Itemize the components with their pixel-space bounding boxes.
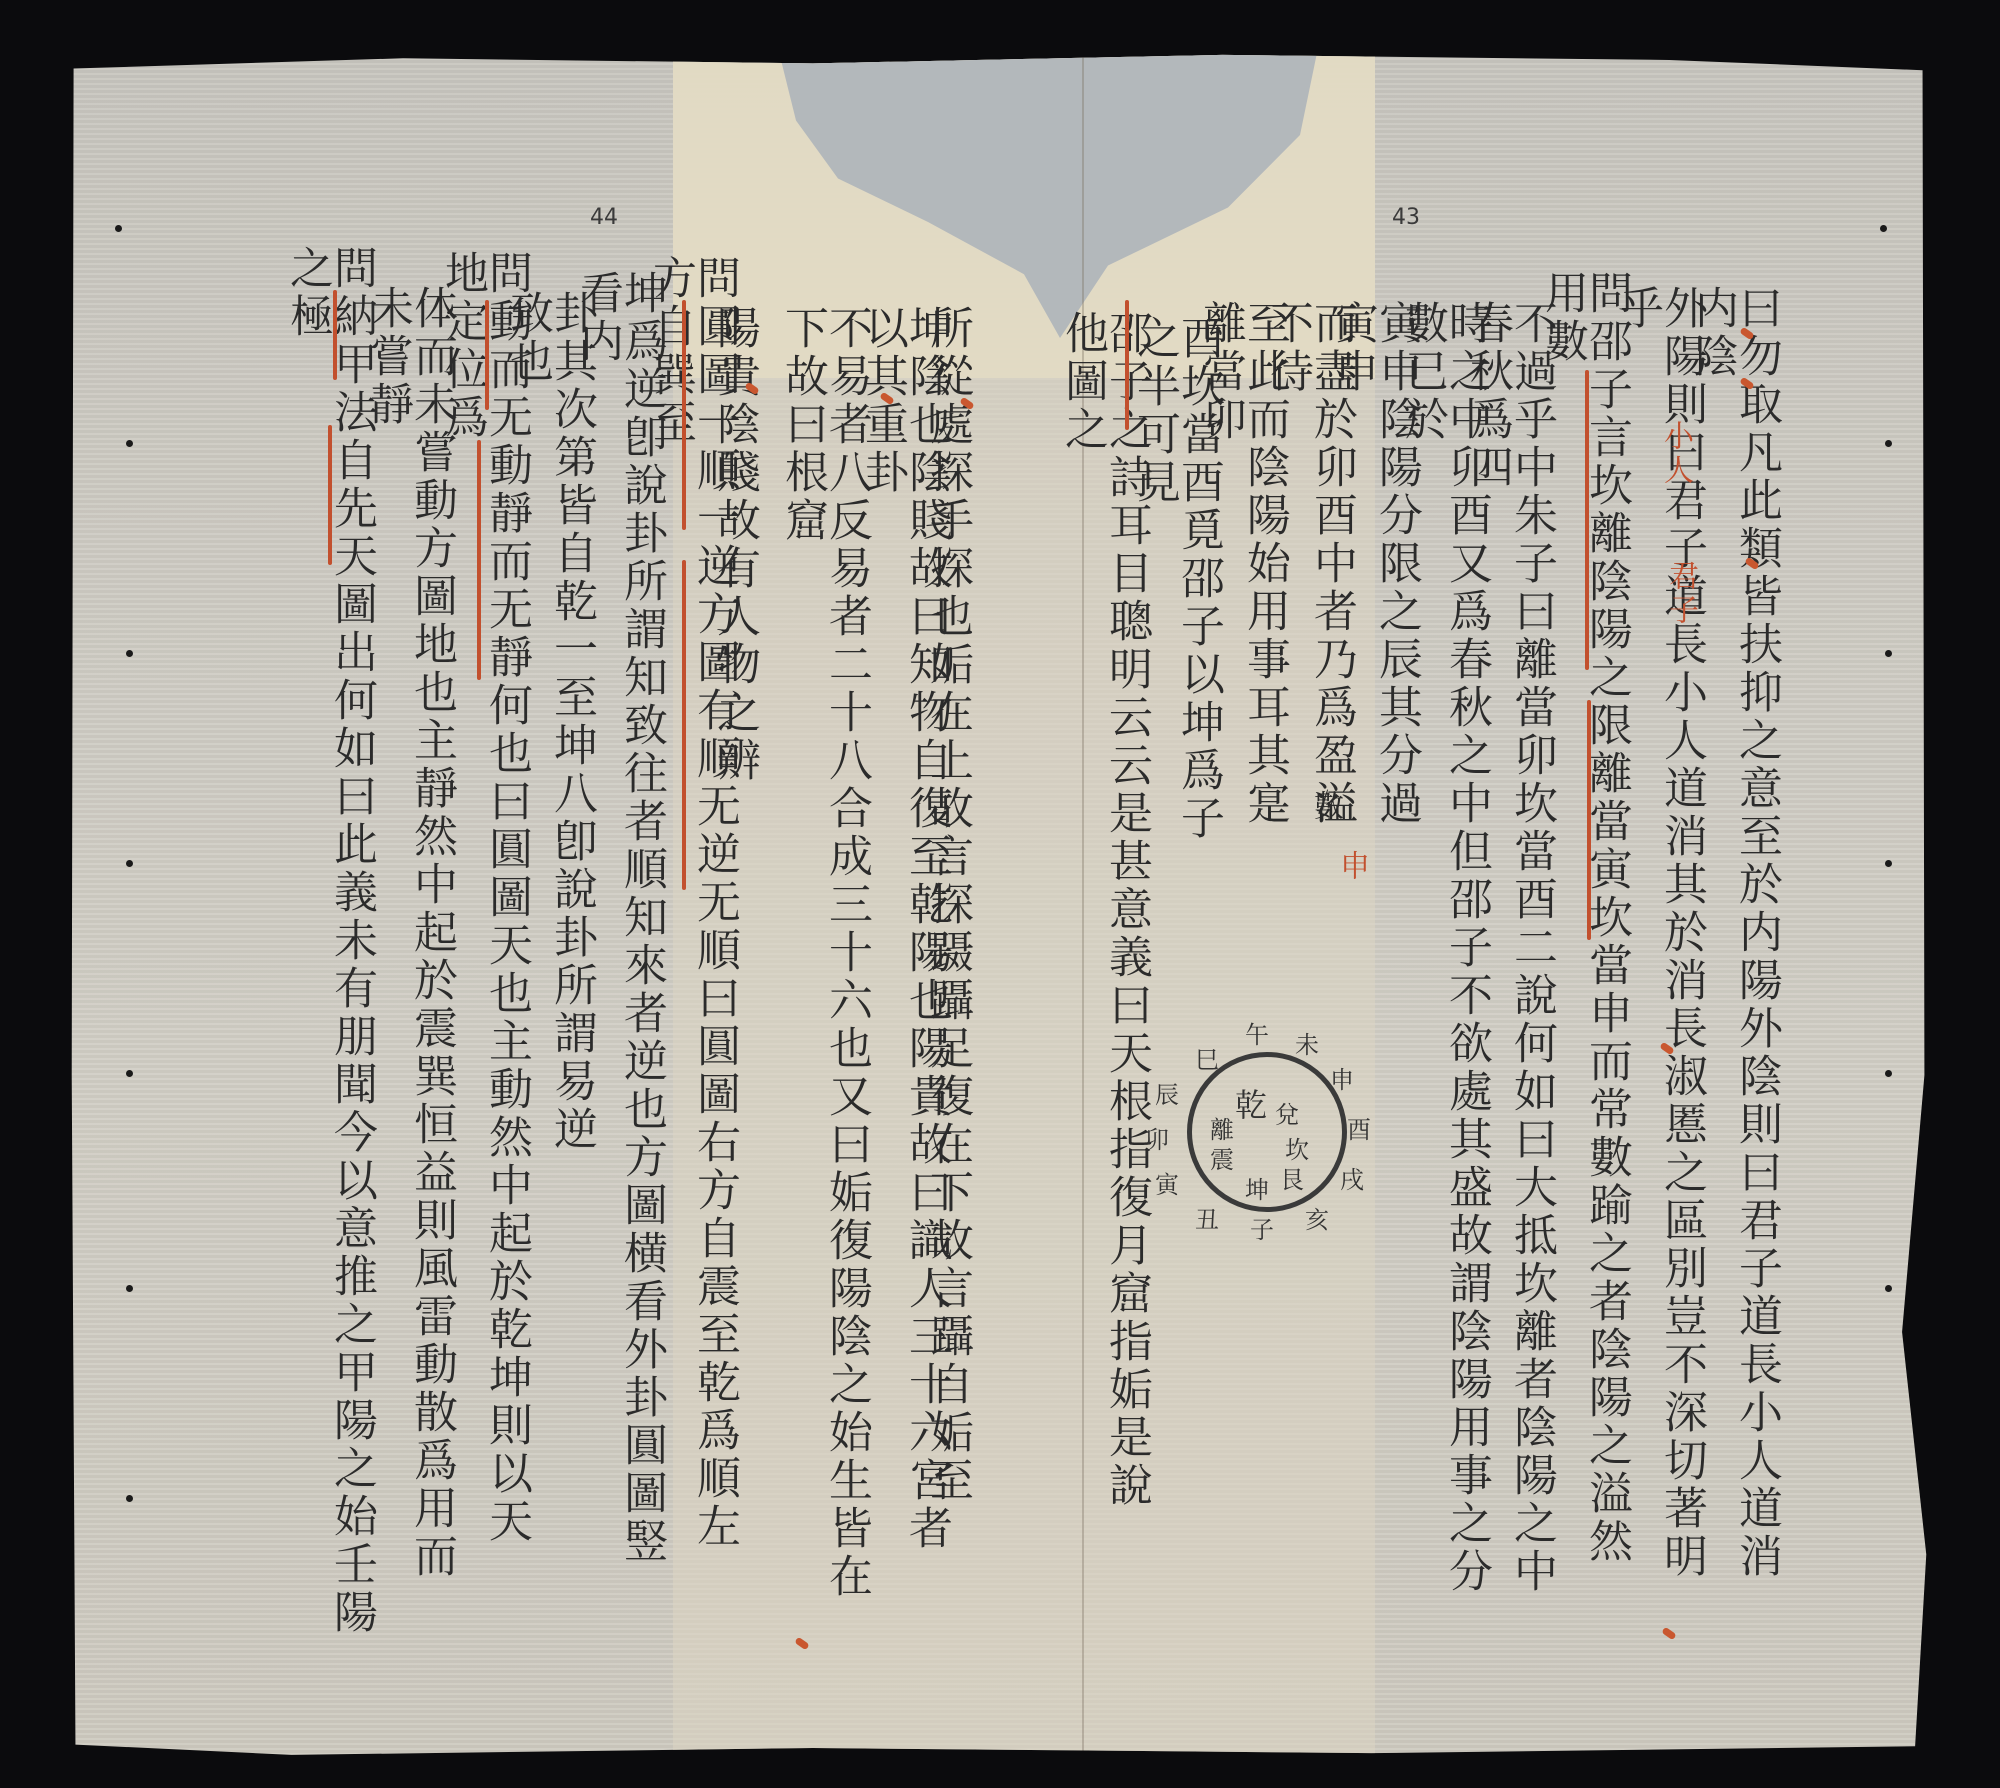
binding-hole (126, 650, 133, 657)
binding-hole (1885, 1285, 1892, 1292)
diagram-outer-label: 申 (1330, 1060, 1354, 1095)
binding-hole (115, 225, 122, 232)
binding-hole (126, 1285, 133, 1292)
diagram-outer-label: 卯 (1145, 1120, 1169, 1155)
diagram-outer-label: 未 (1295, 1025, 1319, 1060)
text-column: 坤陰也陰賤故曰知物自復至乾陽也陽貴故曰識人三十六宮者以其重卦 (860, 305, 948, 1585)
red-annotation-line (1125, 300, 1129, 430)
diagram-outer-label: 辰 (1155, 1075, 1179, 1110)
red-annotation-line (477, 440, 481, 680)
diagram-outer-label: 亥 (1305, 1200, 1329, 1235)
diagram-outer-label: 午 (1245, 1015, 1269, 1050)
marginal-note: 小人 (1660, 420, 1690, 488)
red-annotation-line (682, 300, 686, 530)
diagram-outer-label: 子 (1250, 1210, 1274, 1245)
page-number-right: 43 (1392, 205, 1420, 230)
binding-hole (1885, 650, 1892, 657)
red-annotation-line (682, 560, 686, 890)
red-annotation-line (485, 300, 489, 410)
circular-diagram: 乾 離 震 兌 坎 艮 坤 午 未 申 酉 戌 亥 子 丑 寅 卯 辰 巳 (1175, 1040, 1355, 1220)
diagram-outer-label: 丑 (1195, 1200, 1219, 1235)
binding-hole (126, 440, 133, 447)
diagram-center-label: 乾 (1235, 1080, 1267, 1126)
binding-hole (1885, 1070, 1892, 1077)
binding-hole (126, 1070, 133, 1077)
red-annotation-line (1585, 370, 1589, 670)
diagram-inner-label: 艮 (1280, 1160, 1304, 1195)
red-annotation-line (1587, 700, 1591, 940)
diagram-inner-label: 震 (1210, 1140, 1234, 1175)
binding-hole (126, 860, 133, 867)
binding-hole (1885, 860, 1892, 867)
red-annotation-line (328, 425, 332, 565)
page-number-left: 44 (590, 205, 618, 230)
marginal-note: 君子 (1665, 560, 1695, 628)
diagram-inner-label: 坤 (1245, 1170, 1269, 1205)
text-column: 体而未嘗動方圖地也主靜然中起於震巽恒益則風雷動散爲用而未嘗靜 (365, 285, 453, 1625)
text-column: 不易者八反易者二十八合成三十六也又曰姤復陽陰之始生皆在下故曰根窟 (780, 305, 868, 1605)
red-annotation-line (333, 290, 337, 380)
binding-hole (1880, 225, 1887, 232)
diagram-outer-label: 酉 (1347, 1110, 1371, 1145)
binding-hole (126, 1495, 133, 1502)
diagram-inner-label: 兌 (1275, 1095, 1299, 1130)
marginal-note: 數 (1310, 790, 1340, 824)
binding-hole (1885, 440, 1892, 447)
diagram-outer-label: 寅 (1155, 1165, 1179, 1200)
marginal-note: 申 (1336, 850, 1366, 884)
text-column: 邵子之詩耳目聰明云云是甚意義曰天根指復月窟指姤是說他圖之 (1060, 310, 1148, 1540)
diagram-outer-label: 戌 (1340, 1160, 1364, 1195)
diagram-outer-label: 巳 (1195, 1040, 1219, 1075)
